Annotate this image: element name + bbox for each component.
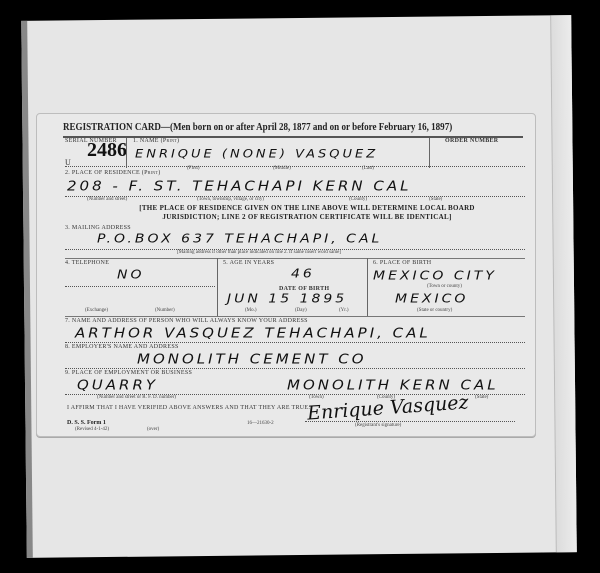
divider	[65, 286, 215, 287]
print-code: 16—21630-2	[247, 421, 274, 426]
mailing-value: P.O.BOX 637 TEHACHAPI, CAL	[97, 232, 382, 246]
divider	[429, 138, 430, 168]
residence-sublabel: (Town, township, village, or city)	[197, 197, 264, 202]
signature-label: (Registrant's signature)	[355, 423, 401, 428]
employment-value-1: QUARRY	[77, 377, 158, 393]
name-value: ENRIQUE (NONE) VASQUEZ	[135, 148, 378, 162]
serial-number: 2486	[87, 139, 127, 162]
dob-sublabel: (Day)	[295, 308, 307, 313]
signature-line	[305, 421, 515, 422]
card-title: REGISTRATION CARD—(Men born on or after …	[63, 122, 452, 133]
residence-notice: JURISDICTION; LINE 2 OF REGISTRATION CER…	[127, 213, 487, 221]
mailing-sublabel: [Mailing address if other than place ind…	[177, 250, 341, 255]
residence-sublabel: (County)	[349, 197, 367, 202]
telephone-label: 4. TELEPHONE	[65, 260, 109, 266]
mailing-label: 3. MAILING ADDRESS	[65, 225, 131, 231]
name-label: 1. NAME (Print)	[133, 138, 179, 144]
form-name: D. S. S. Form 1	[67, 420, 106, 426]
employment-label: 9. PLACE OF EMPLOYMENT OR BUSINESS	[65, 370, 192, 376]
age-value: 46	[291, 267, 315, 281]
birthplace-town: MEXICO CITY	[373, 269, 497, 283]
telephone-sublabel: (Number)	[155, 308, 175, 313]
order-label: ORDER NUMBER	[445, 138, 498, 144]
contact-label: 7. NAME AND ADDRESS OF PERSON WHO WILL A…	[65, 318, 308, 324]
employment-sublabel: (State)	[475, 395, 488, 400]
divider	[65, 368, 525, 369]
employment-sublabel: (Number and street or R. F. D. number)	[97, 395, 176, 400]
sheet-edge	[21, 21, 33, 558]
sheet-edge	[550, 15, 577, 552]
telephone-sublabel: (Exchange)	[85, 308, 108, 313]
divider	[367, 258, 368, 316]
birthplace-label: 6. PLACE OF BIRTH	[373, 260, 431, 266]
divider	[65, 342, 525, 343]
residence-sublabel: (Number and street)	[87, 197, 127, 202]
divider	[65, 316, 525, 317]
dob-value: JUN 15 1895	[227, 292, 347, 306]
registration-card: REGISTRATION CARD—(Men born on or after …	[36, 113, 536, 437]
employer-value: MONOLITH CEMENT CO	[137, 351, 367, 367]
divider	[65, 196, 525, 197]
residence-label: 2. PLACE OF RESIDENCE (Print)	[65, 170, 161, 176]
form-revised: (Revised 4-1-42)	[75, 427, 109, 432]
dob-sublabel: (Mo.)	[245, 308, 257, 313]
divider	[65, 258, 525, 259]
residence-sublabel: (State)	[429, 197, 442, 202]
affirmation-text: I AFFIRM THAT I HAVE VERIFIED ABOVE ANSW…	[67, 405, 310, 411]
age-label: 5. AGE IN YEARS	[223, 260, 274, 266]
divider	[126, 138, 127, 168]
telephone-value: NO	[117, 268, 145, 282]
birthplace-town-sublabel: (Town or county)	[427, 284, 462, 289]
employer-label: 8. EMPLOYER'S NAME AND ADDRESS	[65, 344, 179, 350]
divider	[217, 258, 218, 316]
residence-notice: [THE PLACE OF RESIDENCE GIVEN ON THE LIN…	[127, 204, 487, 212]
registrant-signature: Enrique Vasquez	[306, 391, 469, 424]
birthplace-country: MEXICO	[395, 292, 468, 306]
over-label: (over)	[147, 427, 159, 432]
divider	[65, 166, 525, 167]
employment-sublabel: (Town)	[309, 395, 324, 400]
birthplace-country-sublabel: (State or country)	[417, 308, 452, 313]
residence-value: 208 - F. ST. TEHACHAPI KERN CAL	[67, 178, 412, 194]
contact-value: ARTHOR VASQUEZ TEHACHAPI, CAL	[75, 325, 431, 341]
dob-sublabel: (Yr.)	[339, 308, 349, 313]
